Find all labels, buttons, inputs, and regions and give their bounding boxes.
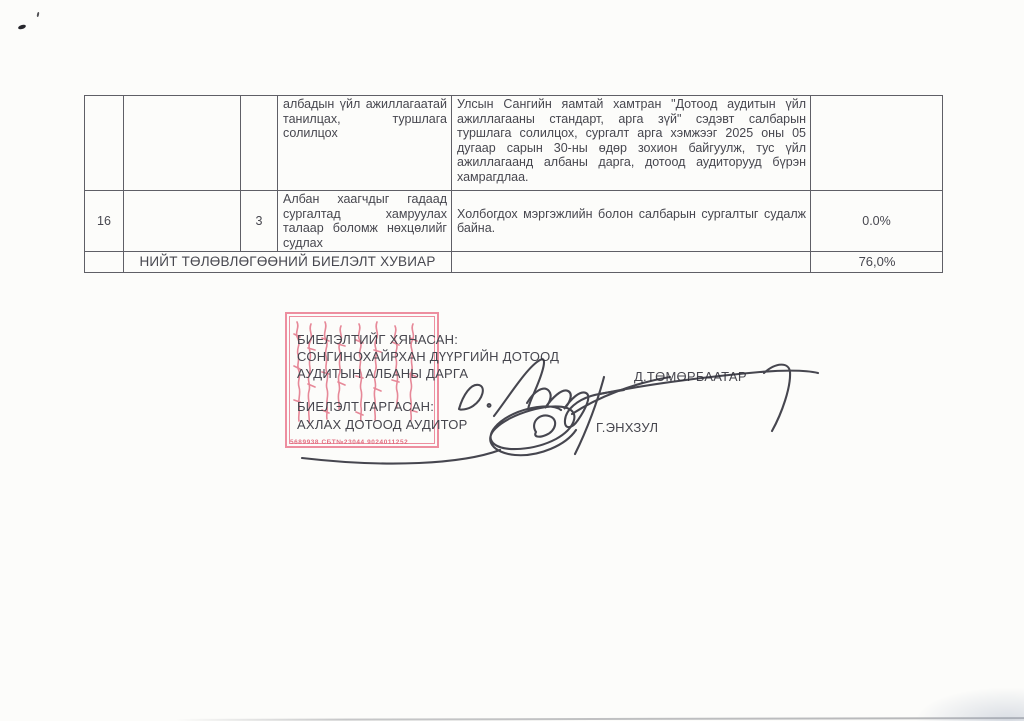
scan-artifact-line — [175, 717, 1024, 721]
scanned-document-page: албадын үйл ажиллагаатай танилцах, туршл… — [0, 0, 1024, 721]
cell-result: Холбогдох мэргэжлийн болон салбарын сург… — [452, 191, 811, 252]
reviewed-org-line1: СОНГИНОХАЙРХАН ДҮҮРГИЙН ДОТООД — [297, 349, 559, 364]
cell-count — [241, 96, 278, 191]
cell-task: Албан хаагчдыг гадаад сургалтад хамруула… — [278, 191, 452, 252]
cell-percent: 0.0% — [811, 191, 943, 252]
total-percent: 76,0% — [811, 252, 943, 273]
table-row: 16 3 Албан хаагчдыг гадаад сургалтад хам… — [85, 191, 943, 252]
total-label: НИЙТ ТӨЛӨВЛӨГӨӨНИЙ БИЕЛЭЛТ ХУВИАР — [124, 252, 452, 273]
reviewed-by-heading: БИЕЛЭЛТИЙГ ХЯНАСАН: — [297, 332, 458, 347]
cell-result: Улсын Сангийн яамтай хамтран "Дотоод ауд… — [452, 96, 811, 191]
stamp-serial-number: 5689938 СБТ№23044 9024011252 — [290, 439, 408, 446]
prepared-by-heading: БИЕЛЭЛТ ГАРГАСАН: — [297, 399, 434, 414]
cell-empty — [452, 252, 811, 273]
cell-percent — [811, 96, 943, 191]
cell-row-number: 16 — [85, 191, 124, 252]
table-row: албадын үйл ажиллагаатай танилцах, туршл… — [85, 96, 943, 191]
cell-empty — [85, 252, 124, 273]
reviewed-org-line2: АУДИТЫН АЛБАНЫ ДАРГА — [297, 366, 468, 381]
cell-category — [124, 191, 241, 252]
prepared-signer-title: АХЛАХ ДОТООД АУДИТОР — [297, 417, 468, 432]
cell-category — [124, 96, 241, 191]
ink-speck — [37, 12, 40, 17]
reviewed-signer-name: Д.ТӨМӨРБААТАР — [634, 369, 747, 384]
cell-count: 3 — [241, 191, 278, 252]
plan-implementation-table: албадын үйл ажиллагаатай танилцах, туршл… — [84, 95, 943, 273]
cell-task: албадын үйл ажиллагаатай танилцах, туршл… — [278, 96, 452, 191]
scan-artifact-smudge — [914, 687, 1024, 721]
prepared-signer-name: Г.ЭНХЗУЛ — [596, 420, 658, 435]
ink-speck — [18, 24, 27, 30]
table-total-row: НИЙТ ТӨЛӨВЛӨГӨӨНИЙ БИЕЛЭЛТ ХУВИАР 76,0% — [85, 252, 943, 273]
cell-row-number — [85, 96, 124, 191]
